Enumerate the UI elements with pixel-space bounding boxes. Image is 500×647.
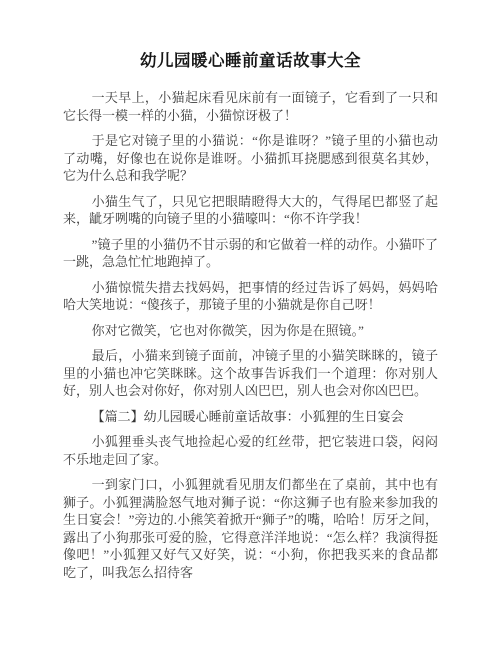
paragraph: 小狐狸垂头丧气地捡起心爱的红丝带，把它装进口袋，闷闷不乐地走回了家。 <box>63 433 438 468</box>
document-body: 一天早上，小猫起床看见床前有一面镜子，它看到了一只和它长得一模一样的小猫，小猫惊… <box>63 89 438 581</box>
paragraph: ”镜子里的小猫仍不甘示弱的和它做着一样的动作。小猫吓了一跳，急急忙忙地跑掉了。 <box>63 236 438 271</box>
paragraph: 一到家门口，小狐狸就看见朋友们都坐在了桌前，其中也有狮子。小狐狸满脸怒气地对狮子… <box>63 476 438 581</box>
paragraph: 于是它对镜子里的小猫说：“你是谁呀？”镜子里的小猫也动了动嘴，好像也在说你是谁呀… <box>63 132 438 185</box>
paragraph: 你对它微笑，它也对你微笑，因为你是在照镜。” <box>63 322 438 340</box>
section-heading: 【篇二】幼儿园暖心睡前童话故事：小狐狸的生日宴会 <box>63 408 438 426</box>
document-page: 幼儿园暖心睡前童话故事大全 一天早上，小猫起床看见床前有一面镜子，它看到了一只和… <box>0 0 500 647</box>
paragraph: 小猫生气了，只见它把眼睛瞪得大大的，气得尾巴都竖了起来，龇牙咧嘴的向镜子里的小猫… <box>63 193 438 228</box>
paragraph: 一天早上，小猫起床看见床前有一面镜子，它看到了一只和它长得一模一样的小猫，小猫惊… <box>63 89 438 124</box>
paragraph: 最后，小猫来到镜子面前，冲镜子里的小猫笑眯眯的，镜子里的小猫也冲它笑眯眯。这个故… <box>63 347 438 400</box>
document-title: 幼儿园暖心睡前童话故事大全 <box>63 50 438 73</box>
paragraph: 小猫惊慌失措去找妈妈，把事情的经过告诉了妈妈，妈妈哈哈大笑地说：“傻孩子，那镜子… <box>63 279 438 314</box>
